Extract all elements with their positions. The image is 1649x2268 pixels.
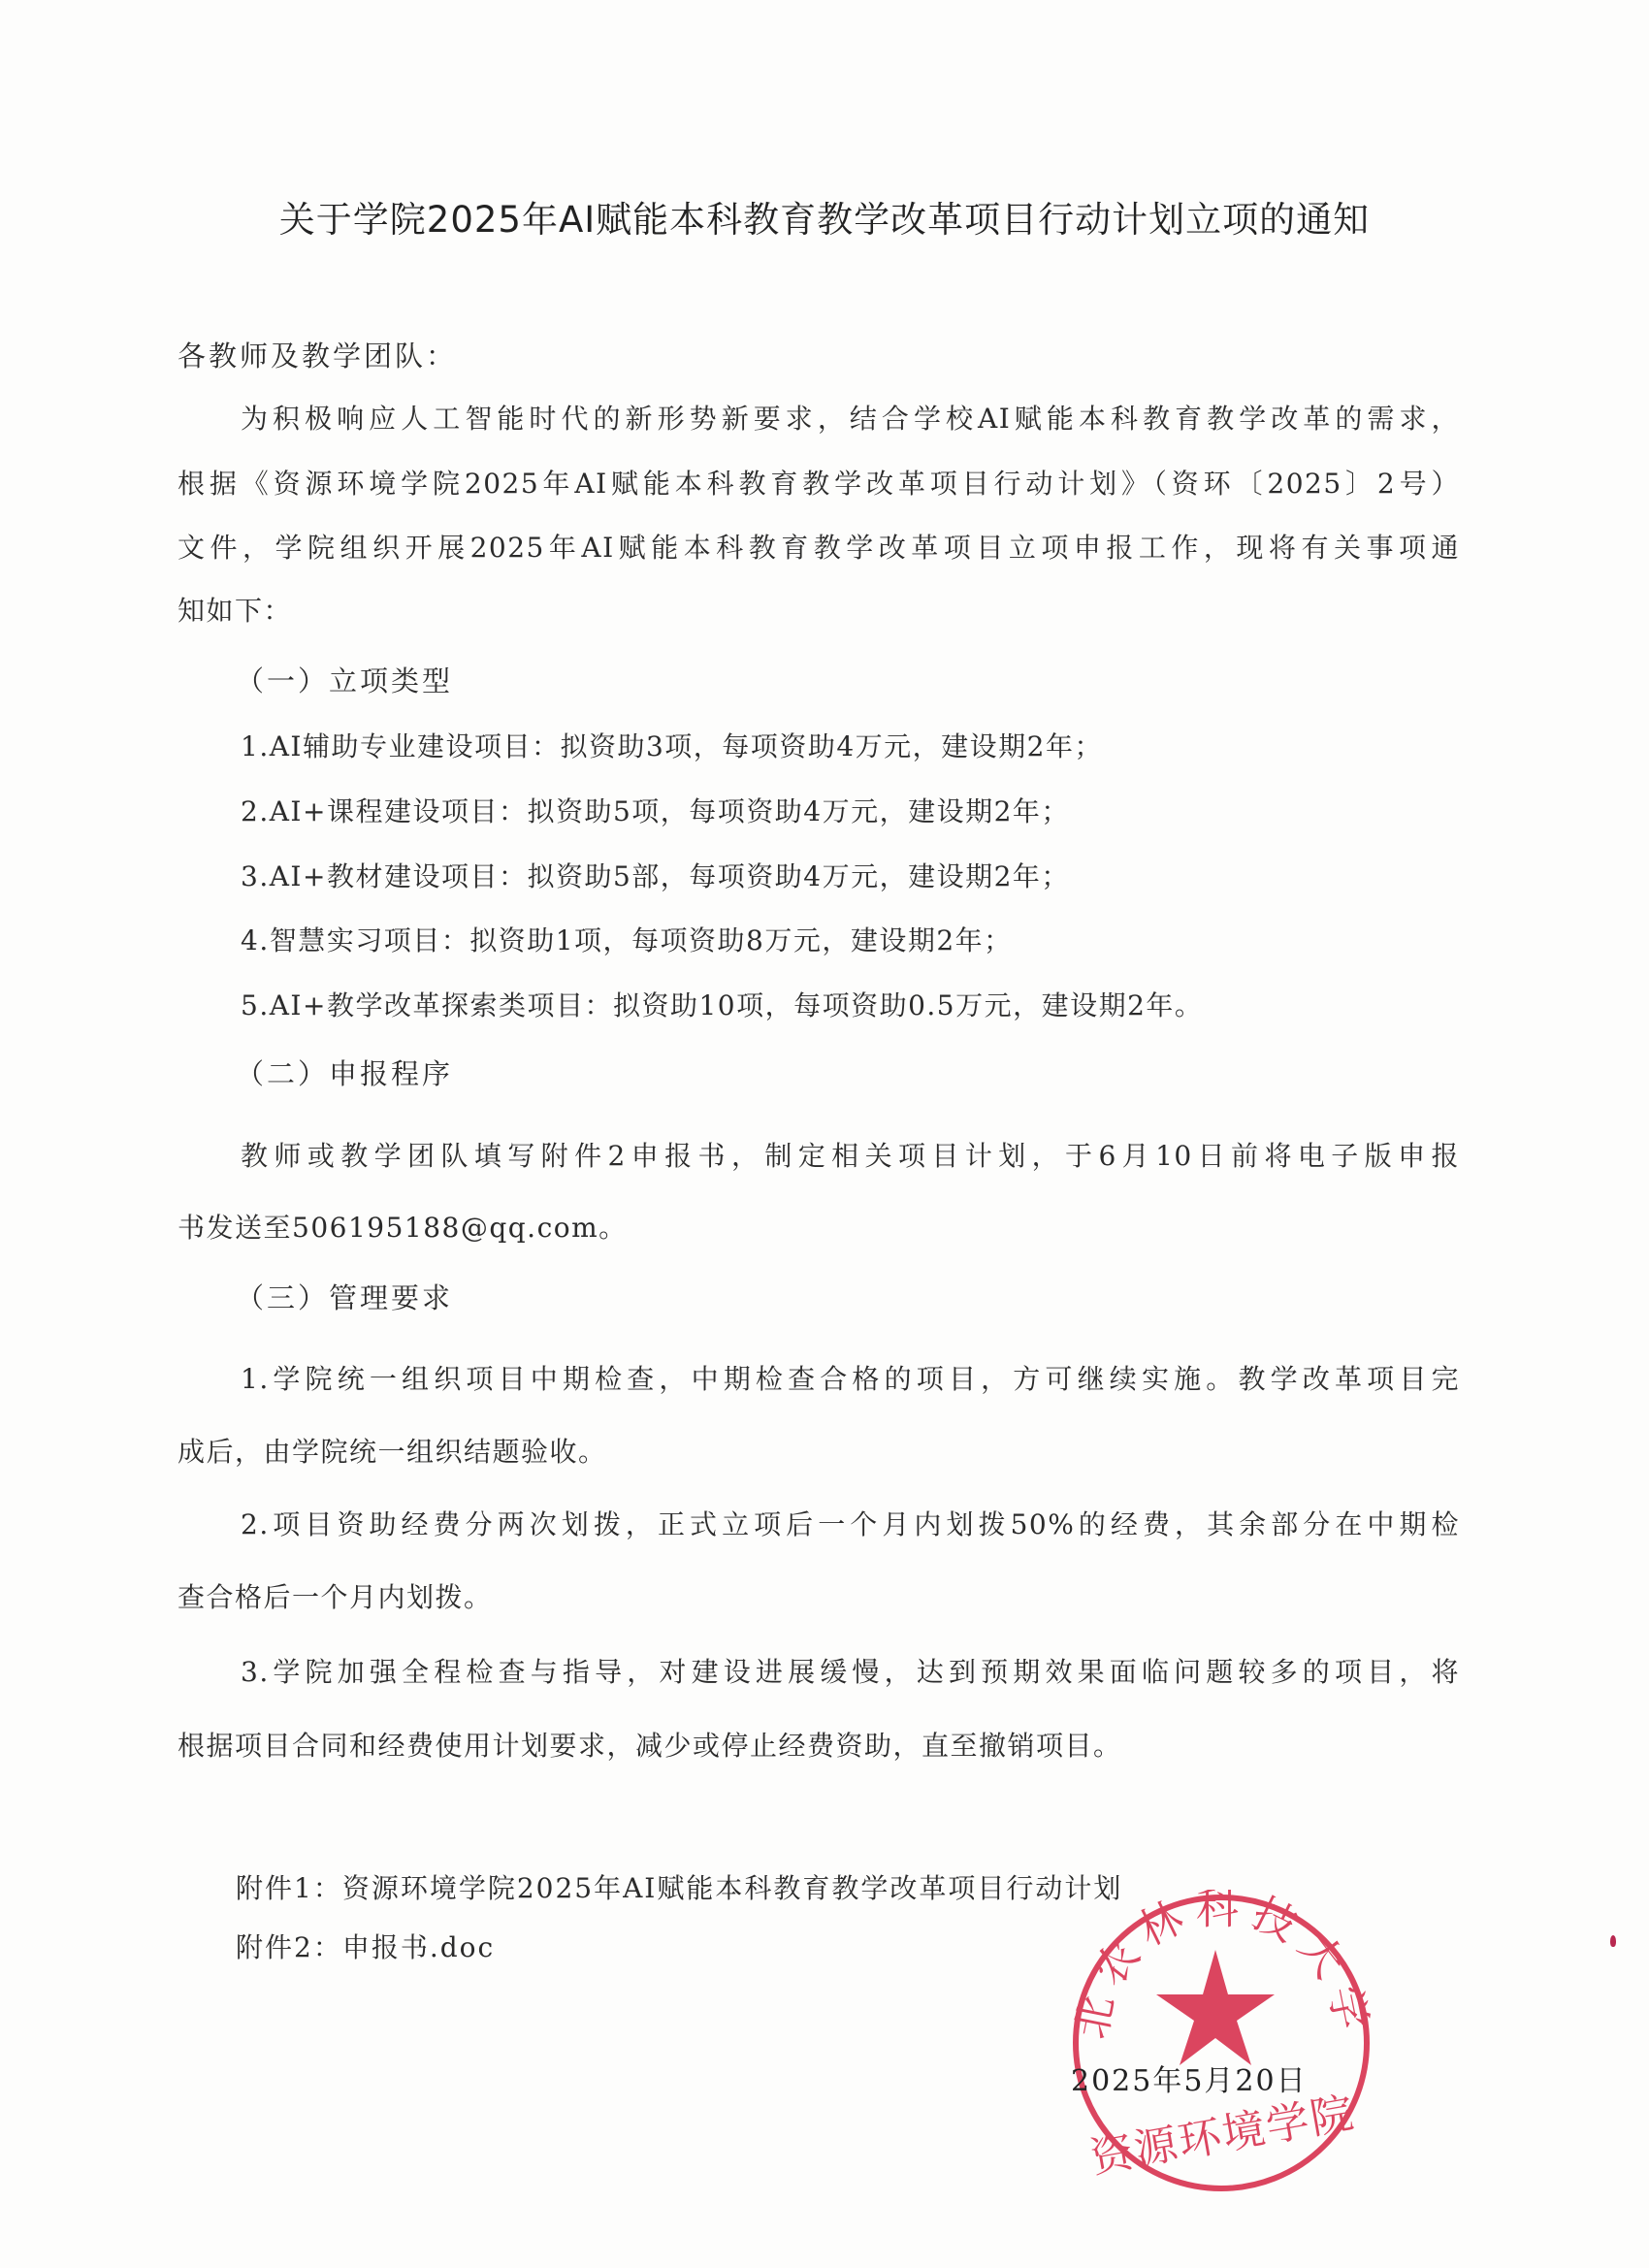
section-heading-procedure: （二）申报程序	[236, 1053, 453, 1092]
section-heading-types: （一）立项类型	[236, 660, 453, 699]
project-type-item: 2.AI+课程建设项目：拟资助5项，每项资助4万元，建设期2年；	[241, 791, 1070, 829]
document-title: 关于学院2025年AI赋能本科教育教学改革项目行动计划立项的通知	[0, 190, 1649, 243]
project-type-item: 4.智慧实习项目：拟资助1项，每项资助8万元，建设期2年；	[241, 920, 1013, 958]
management-line: 查合格后一个月内划拨。	[178, 1576, 493, 1615]
intro-line-3: 文件，学院组织开展2025年AI赋能本科教育教学改革项目立项申报工作，现将有关事…	[178, 527, 1460, 566]
ink-speck	[1610, 1935, 1616, 1947]
intro-line-2: 根据《资源环境学院2025年AI赋能本科教育教学改革项目行动计划》（资环〔202…	[178, 463, 1460, 502]
attachment-2: 附件2：申报书.doc	[236, 1927, 495, 1965]
project-type-item: 1.AI辅助专业建设项目：拟资助3项，每项资助4万元，建设期2年；	[241, 726, 1103, 764]
star-icon	[1156, 1950, 1275, 2065]
management-line: 成后，由学院统一组织结题验收。	[178, 1431, 607, 1470]
official-seal-stamp: 北农林科技大学 资源环境学院	[1067, 1890, 1377, 2200]
management-line: 3.学院加强全程检查与指导，对建设进展缓慢，达到预期效果面临问题较多的项目，将	[241, 1651, 1460, 1690]
project-type-item: 3.AI+教材建设项目：拟资助5部，每项资助4万元，建设期2年；	[241, 856, 1070, 894]
notice-page: 关于学院2025年AI赋能本科教育教学改革项目行动计划立项的通知 各教师及教学团…	[0, 0, 1649, 2268]
intro-line-1: 为积极响应人工智能时代的新形势新要求，结合学校AI赋能本科教育教学改革的需求，	[241, 398, 1460, 437]
attachment-1: 附件1：资源环境学院2025年AI赋能本科教育教学改革项目行动计划	[236, 1867, 1122, 1906]
procedure-line-2: 书发送至506195188@qq.com。	[178, 1207, 628, 1246]
section-heading-management: （三）管理要求	[236, 1277, 453, 1316]
management-line: 1.学院统一组织项目中期检查，中期检查合格的项目，方可继续实施。教学改革项目完	[241, 1358, 1460, 1397]
seal-inner-text: 资源环境学院	[1086, 2088, 1359, 2183]
salutation: 各教师及教学团队：	[178, 335, 457, 374]
issue-date: 2025年5月20日	[1071, 2057, 1308, 2099]
project-type-item: 5.AI+教学改革探索类项目：拟资助10项，每项资助0.5万元，建设期2年。	[241, 985, 1203, 1023]
procedure-line-1: 教师或教学团队填写附件2申报书，制定相关项目计划，于6月10日前将电子版申报	[241, 1135, 1460, 1174]
management-line: 2.项目资助经费分两次划拨，正式立项后一个月内划拨50%的经费，其余部分在中期检	[241, 1504, 1460, 1542]
management-line: 根据项目合同和经费使用计划要求，减少或停止经费资助，直至撤销项目。	[178, 1725, 1122, 1764]
intro-line-4: 知如下：	[178, 590, 292, 629]
